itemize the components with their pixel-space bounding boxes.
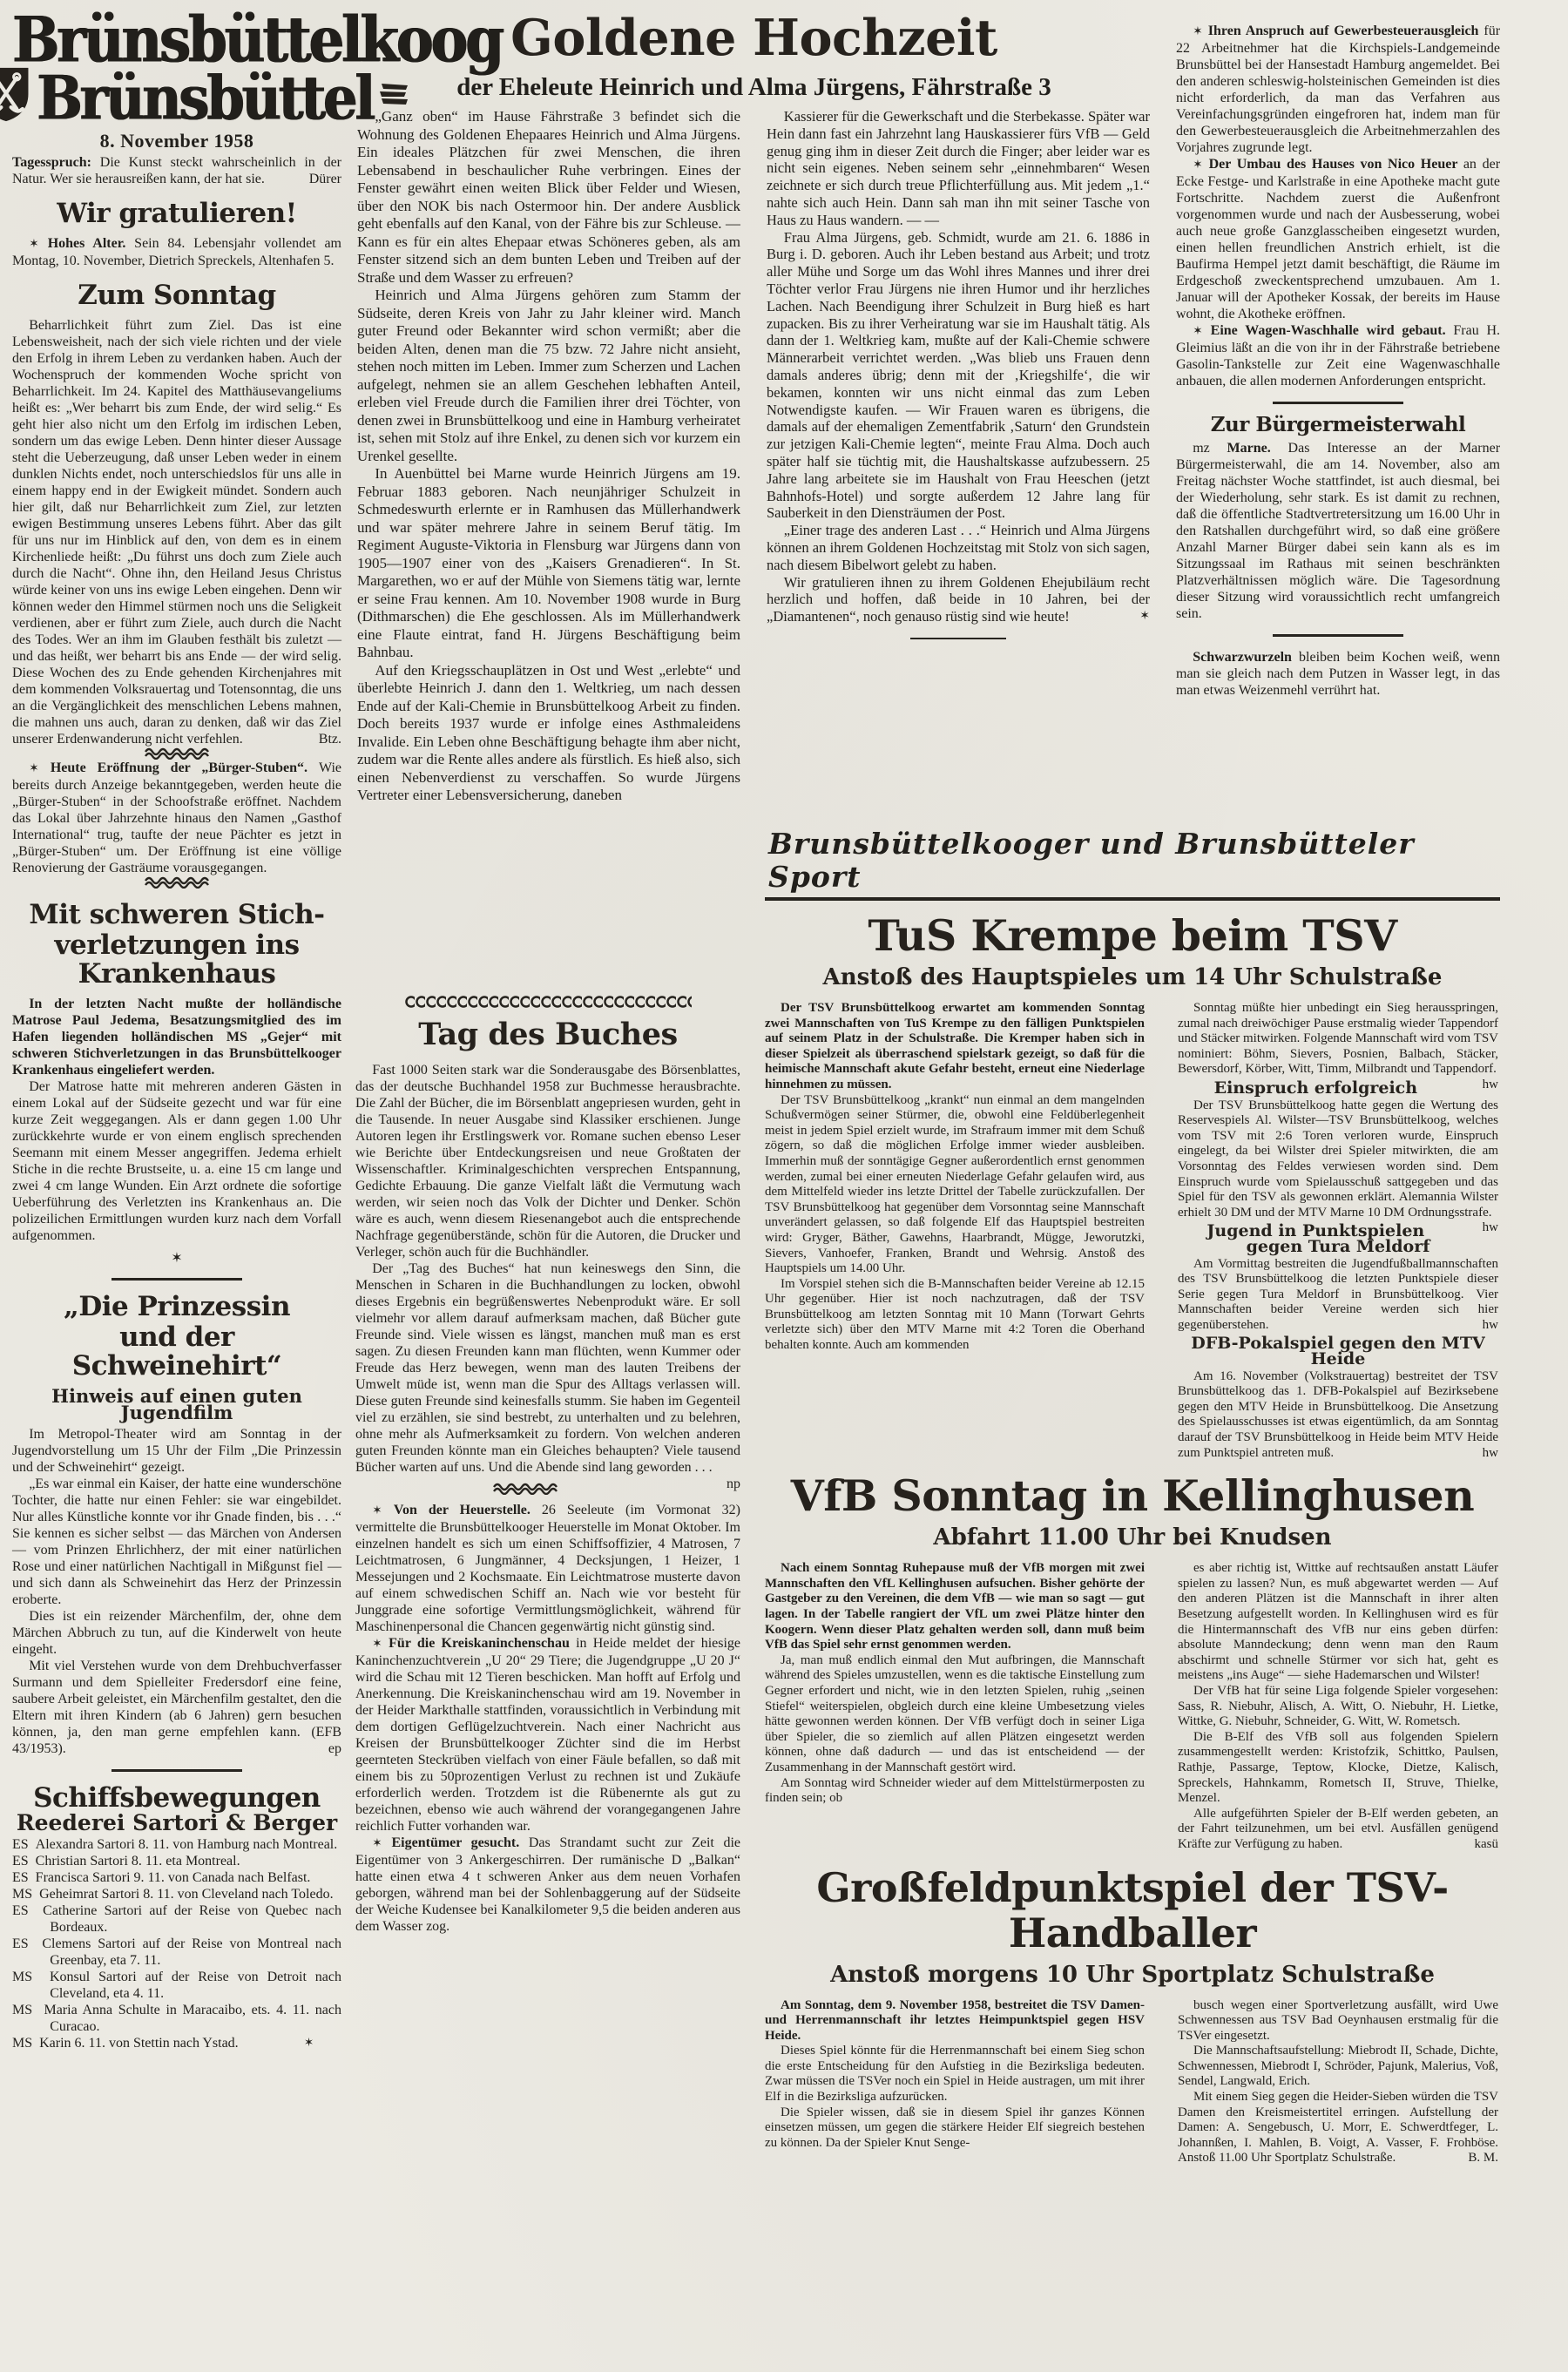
star-icon: [29, 761, 51, 775]
goldene-hochzeit-header: Goldene Hochzeit der Eheleute Heinrich u…: [355, 12, 1152, 101]
stich-body: Der Matrose hatte mit mehreren anderen G…: [12, 1078, 341, 1244]
wahl-lead: Marne.: [1227, 441, 1271, 456]
zum-sonntag-body: Beharrlichkeit führt zum Ziel. Das ist e…: [12, 317, 341, 747]
section-rule: [112, 1769, 242, 1772]
ship-entry: MS Maria Anna Schulte in Maracaibo, ets.…: [12, 2002, 341, 2035]
ship-entry: ES Clemens Sartori auf der Reise von Mon…: [12, 1936, 341, 1969]
ship-entry: ES Catherine Sartori auf der Reise von Q…: [12, 1902, 341, 1936]
tus-col1: Der TSV Brunsbüttelkoog erwartet am komm…: [765, 1001, 1145, 1461]
news-brief: Von der Heuerstelle.26 Seeleute (im Vorm…: [355, 1502, 740, 1635]
gratulieren-item: Hohes Alter.Sein 84. Lebensjahr vollende…: [12, 235, 341, 269]
news-brief: Der Umbau des Hauses von Nico Heueran de…: [1176, 156, 1500, 322]
headline-handball: Großfeldpunktspiel der TSV-Handballer: [765, 1865, 1500, 1956]
section-rule: [112, 1278, 242, 1281]
headline-stich-line2: verletzungen ins Krankenhaus: [12, 931, 341, 989]
paragraph: Am Sonntag wird Schneider wieder auf dem…: [765, 1776, 1145, 1807]
column-briefs: Von der Heuerstelle.26 Seeleute (im Vorm…: [355, 1502, 740, 1935]
paragraph: „Es war einmal ein Kaiser, der hatte ein…: [12, 1476, 341, 1608]
briefs-list: Ihren Anspruch auf Gewerbesteuerausgleic…: [1176, 23, 1500, 389]
goldene-hochzeit-subtitle: der Eheleute Heinrich und Alma Jürgens, …: [355, 73, 1152, 101]
goldene-hochzeit-col-a: „Ganz oben“ im Hause Fährstraße 3 befind…: [357, 108, 740, 993]
paragraph: Am 16. November (Volkstrauertag) bestrei…: [1178, 1369, 1498, 1462]
signature: kasü: [1459, 1837, 1499, 1853]
handball-columns: Am Sonntag, dem 9. November 1958, bestre…: [765, 1998, 1500, 2167]
news-brief: Für die Kreiskaninchenschauin Heide meld…: [355, 1635, 740, 1835]
stich-lede: In der letzten Nacht mußte der holländis…: [12, 996, 341, 1078]
vfb-subtitle: Abfahrt 11.00 Uhr bei Knudsen: [765, 1525, 1500, 1551]
news-brief: Eine Wagen-Waschhalle wird gebaut.Frau H…: [1176, 322, 1500, 389]
paragraph: Auf den Kriegsschauplätzen in Ost und We…: [357, 662, 740, 805]
headline-goldene-hochzeit: Goldene Hochzeit: [355, 12, 1152, 64]
paragraph: Der TSV Brunsbüttelkoog erwartet am komm…: [765, 1001, 1145, 1093]
paragraph: Der TSV Brunsbüttelkoog „krankt“ nun ein…: [765, 1093, 1145, 1277]
ship-entry: MS Konsul Sartori auf der Reise von Detr…: [12, 1969, 341, 2002]
headline-tus-krempe: TuS Krempe beim TSV: [765, 913, 1500, 958]
tag-des-buches-column: Tag des Buches Fast 1000 Seiten stark wa…: [355, 995, 740, 2369]
ship-entry: ES Francisca Sartori 9. 11. von Canada n…: [12, 1869, 341, 1886]
newspaper-page: Brünsbüttelkoog Brüns: [0, 0, 1568, 2372]
news-brief: Eigentümer gesucht.Das Strandamt sucht z…: [355, 1835, 740, 1935]
prinzessin-subtitle: Hinweis auf einen guten Jugendfilm: [12, 1388, 341, 1421]
headline-wir-gratulieren: Wir gratulieren!: [12, 199, 341, 228]
headline-buergermeisterwahl: Zur Bürgermeisterwahl: [1176, 416, 1500, 433]
vfb-col2: es aber richtig ist, Wittke auf rechtsau…: [1178, 1561, 1498, 1852]
news-brief: Ihren Anspruch auf Gewerbesteuerausgleic…: [1176, 23, 1500, 156]
paragraph: Alle aufgeführten Spieler der B-Elf werd…: [1178, 1807, 1498, 1853]
sport-section: Brunsbüttelkooger und Brunsbütteler Spor…: [765, 828, 1500, 2369]
paragraph: Ja, man muß endlich einmal den Mut aufbr…: [765, 1653, 1145, 1776]
paragraph: „Ganz oben“ im Hause Fährstraße 3 befind…: [357, 108, 740, 287]
headline-schiffsbewegungen: Schiffsbewegungen: [12, 1784, 341, 1813]
wavy-divider: [12, 876, 341, 889]
paragraph: Fast 1000 Seiten stark war die Sonderaus…: [355, 1062, 740, 1260]
paragraph: Mit einem Sieg gegen die Heider-Sieben w…: [1178, 2090, 1498, 2166]
headline-tag-des-buches: Tag des Buches: [355, 1018, 740, 1051]
star-icon: [1193, 324, 1210, 338]
star-icon: [372, 1637, 389, 1651]
tus-columns: Der TSV Brunsbüttelkoog erwartet am komm…: [765, 1001, 1500, 1461]
star-icon: [372, 1504, 394, 1517]
goldene-hochzeit-col-b-paras: Kassierer für die Gewerkschaft und die S…: [767, 108, 1150, 625]
tus-col2: Sonntag müßte hier unbedingt ein Sieg he…: [1178, 1001, 1498, 1461]
signature: hw: [1467, 1446, 1498, 1462]
paragraph: Die B-Elf des VfB soll aus folgenden Spi…: [1178, 1730, 1498, 1807]
news-briefs-column: Ihren Anspruch auf Gewerbesteuerausgleic…: [1176, 23, 1500, 699]
vfb-col1: Nach einem Sonntag Ruhepause muß der VfB…: [765, 1561, 1145, 1852]
paragraph: Mit viel Verstehen wurde von dem Drehbuc…: [12, 1658, 341, 1757]
paragraph: Heinrich und Alma Jürgens gehören zum St…: [357, 287, 740, 465]
headline-stich-line1: Mit schweren Stich-: [12, 901, 341, 929]
sport-subhead: DFB-Pokalspiel gegen den MTV Heide: [1178, 1336, 1498, 1367]
paragraph: Sonntag müßte hier unbedingt ein Sieg he…: [1178, 1001, 1498, 1078]
paragraph: Frau Alma Jürgens, geb. Schmidt, wurde a…: [767, 229, 1150, 523]
paragraph: In Auenbüttel bei Marne wurde Heinrich J…: [357, 465, 740, 662]
star-icon: [29, 237, 48, 251]
signature: B. M.: [1452, 2151, 1498, 2166]
section-rule: [1273, 402, 1403, 404]
paragraph: Die Spieler wissen, daß sie in diesem Sp…: [765, 2105, 1145, 2152]
wavy-divider: [12, 747, 341, 760]
star-icon: [1193, 158, 1208, 172]
paragraph: Der VfB hat für seine Liga folgende Spie…: [1178, 1684, 1498, 1730]
tagesspruch-label: Tagesspruch:: [12, 155, 91, 170]
masthead-line2: Brünsbüttel: [37, 66, 373, 131]
buerger-stuben-item: Heute Eröffnung der „Bürger-Stuben“.Wie …: [12, 760, 341, 876]
paragraph: Der TSV Brunsbüttelkoog hatte gegen die …: [1178, 1098, 1498, 1221]
issue-date: 8. November 1958: [12, 132, 341, 149]
signature: hw: [1467, 1078, 1498, 1093]
sport-subhead: Jugend in Punktspielen gegen Tura Meldor…: [1178, 1224, 1498, 1254]
tagesspruch: Tagesspruch: Die Kunst steckt wahrschein…: [12, 154, 341, 187]
paragraph: Nach einem Sonntag Ruhepause muß der VfB…: [765, 1561, 1145, 1653]
signature: np: [710, 1476, 740, 1492]
signature: hw: [1467, 1220, 1498, 1236]
paragraph: Der „Tag des Buches“ hat nun keineswegs …: [355, 1260, 740, 1476]
paragraph: Dieses Spiel könnte für die Herrenmannsc…: [765, 2044, 1145, 2105]
vfb-columns: Nach einem Sonntag Ruhepause muß der VfB…: [765, 1561, 1500, 1852]
paragraph: Am Sonntag, dem 9. November 1958, bestre…: [765, 1998, 1145, 2044]
headline-zum-sonntag: Zum Sonntag: [12, 281, 341, 310]
ship-entry: MS Geheimrat Sartori 8. 11. von Clevelan…: [12, 1886, 341, 1902]
handball-col1: Am Sonntag, dem 9. November 1958, bestre…: [765, 1998, 1145, 2167]
tag-des-buches-body: Fast 1000 Seiten stark war die Sonderaus…: [355, 1062, 740, 1476]
schiffe-subtitle: Reederei Sartori & Berger: [12, 1814, 341, 1831]
handball-col2: busch wegen einer Sportverletzung ausfäl…: [1178, 1998, 1498, 2167]
tus-subtitle: Anstoß des Hauptspieles um 14 Uhr Schuls…: [765, 965, 1500, 990]
left-column: Brünsbüttelkoog Brüns: [12, 9, 341, 2051]
ship-list: ES Alexandra Sartori 8. 11. von Hamburg …: [12, 1836, 341, 2051]
rope-divider: [355, 995, 740, 1010]
ship-entry: ES Christian Sartori 8. 11. eta Montreal…: [12, 1853, 341, 1869]
kitchen-tip: Schwarzwurzelnbleiben beim Kochen weiß, …: [1176, 649, 1500, 699]
paragraph: Am Vormittag bestreiten die Jugendfußbal…: [1178, 1257, 1498, 1334]
paragraph: Dies ist ein reizender Märchenfilm, der,…: [12, 1608, 341, 1658]
paragraph: Im Vorspiel stehen sich die B-Mannschaft…: [765, 1277, 1145, 1354]
prinzessin-body: Im Metropol-Theater wird am Sonntag in d…: [12, 1426, 341, 1757]
headline-vfb-kellinghusen: VfB Sonntag in Kellinghusen: [765, 1473, 1500, 1518]
signature: hw: [1467, 1318, 1498, 1334]
section-rule: [910, 638, 1006, 639]
ship-entry: ES Alexandra Sartori 8. 11. von Hamburg …: [12, 1836, 341, 1853]
signature: Btz.: [302, 731, 341, 747]
wavy-divider: [355, 1483, 696, 1495]
paragraph: Kassierer für die Gewerkschaft und die S…: [767, 108, 1150, 229]
handball-subtitle: Anstoß morgens 10 Uhr Sportplatz Schulst…: [765, 1963, 1500, 1988]
tagesspruch-author: Dürer: [309, 171, 341, 187]
paragraph: Im Metropol-Theater wird am Sonntag in d…: [12, 1426, 341, 1476]
star-icon: [1139, 608, 1150, 625]
star-icon: [1193, 24, 1208, 38]
wahl-body: mz Marne. Das Interesse an der Marner Bü…: [1176, 440, 1500, 622]
section-rule: [1273, 634, 1403, 637]
paragraph: busch wegen einer Sportverletzung ausfäl…: [1178, 1998, 1498, 2044]
masthead: Brünsbüttelkoog Brüns: [12, 9, 341, 149]
ship-entry: MS Karin 6. 11. von Stettin nach Ystad.: [12, 2035, 341, 2051]
signature: ep: [312, 1740, 341, 1757]
headline-prinzessin-line2: und der Schweinehirt“: [12, 1323, 341, 1381]
sport-subhead: Einspruch erfolgreich: [1178, 1081, 1498, 1097]
paragraph: „Einer trage des anderen Last . . .“ Hei…: [767, 522, 1150, 573]
paragraph: Die Mannschaftsaufstellung: Miebrodt II,…: [1178, 2044, 1498, 2090]
headline-prinzessin-line1: „Die Prinzessin: [12, 1293, 341, 1321]
goldene-hochzeit-col-b: Kassierer für die Gewerkschaft und die S…: [767, 108, 1150, 836]
star-icon: ✶: [12, 1249, 341, 1266]
paragraph: es aber richtig ist, Wittke auf rechtsau…: [1178, 1561, 1498, 1684]
sport-section-header: Brunsbüttelkooger und Brunsbütteler Spor…: [765, 828, 1500, 901]
paragraph: Wir gratulieren ihnen zu ihrem Goldenen …: [767, 574, 1150, 625]
star-icon: [372, 1836, 391, 1850]
wahl-prefix: mz: [1193, 441, 1210, 456]
